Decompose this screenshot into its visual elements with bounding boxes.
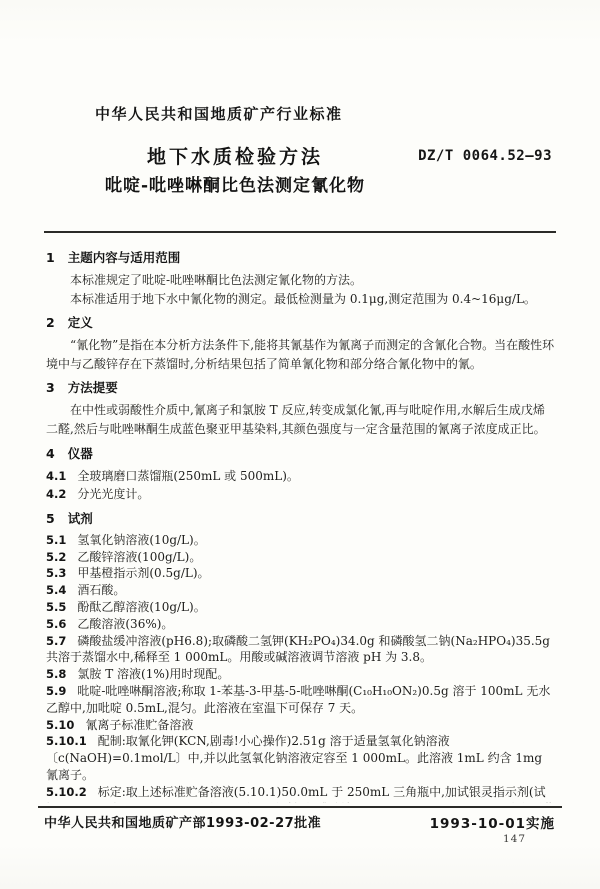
- clause-5-9-text: 吡啶-吡唑啉酮溶液;称取 1-苯基-3-甲基-5-吡唑啉酮(C₁₀H₁₀ON₂)…: [46, 684, 550, 715]
- clause-5-3-number: 5.3: [46, 566, 66, 580]
- section-5-number: 5: [46, 511, 55, 526]
- title-block: 地下水质检验方法 吡啶-吡唑啉酮比色法测定氰化物: [20, 147, 450, 196]
- document-title: 地下水质检验方法: [20, 147, 450, 168]
- section-1-heading: 1主题内容与适用范围: [46, 249, 556, 267]
- clause-4-1-text: 全玻璃磨口蒸馏瓶(250mL 或 500mL)。: [77, 469, 299, 483]
- clause-5-4-number: 5.4: [46, 583, 66, 597]
- clause-5-6-text: 乙酸溶液(36%)。: [77, 617, 173, 631]
- section-2-number: 2: [46, 315, 55, 330]
- section-5-heading: 5试剂: [46, 510, 556, 528]
- section-1-number: 1: [46, 250, 55, 265]
- clause-5-10-1: 5.10.1配制:取氰化钾(KCN,剧毒!小心操作)2.51g 溶于适量氢氧化钠…: [46, 733, 556, 783]
- clause-5-3-text: 甲基橙指示剂(0.5g/L)。: [77, 566, 209, 580]
- section-1-title: 主题内容与适用范围: [68, 250, 181, 265]
- clause-5-5-number: 5.5: [46, 600, 66, 614]
- clause-5-10-2-text: 标定:取上述标准贮备溶液(5.10.1)50.0mL 于 250mL 三角瓶中,…: [46, 785, 555, 803]
- section-4-number: 4: [46, 446, 55, 461]
- clause-5-1-text: 氢氧化钠溶液(10g/L)。: [77, 533, 205, 547]
- clause-5-2-text: 乙酸锌溶液(100g/L)。: [77, 550, 201, 564]
- header-divider: [44, 231, 556, 233]
- clause-5-3: 5.3甲基橙指示剂(0.5g/L)。: [46, 565, 556, 582]
- clause-5-9-number: 5.9: [46, 684, 66, 698]
- clause-5-7-number: 5.7: [46, 634, 66, 648]
- clause-4-1-number: 4.1: [46, 469, 66, 483]
- section-3-title: 方法提要: [68, 380, 118, 395]
- section-2-title: 定义: [68, 315, 93, 330]
- section-3-heading: 3方法提要: [46, 379, 556, 397]
- clause-5-10: 5.10氰离子标准贮备溶液: [46, 717, 556, 734]
- section-5-title: 试剂: [68, 511, 93, 526]
- standard-category-label: 中华人民共和国地质矿产行业标准: [95, 107, 343, 122]
- document-subtitle: 吡啶-吡唑啉酮比色法测定氰化物: [20, 177, 450, 196]
- clause-5-8: 5.8氯胺 T 溶液(1%)用时现配。: [46, 666, 556, 683]
- page-number: 147: [503, 833, 526, 845]
- clause-5-10-1-number: 5.10.1: [46, 734, 87, 748]
- clause-5-1: 5.1氢氧化钠溶液(10g/L)。: [46, 532, 556, 549]
- clause-5-5: 5.5酚酞乙醇溶液(10g/L)。: [46, 599, 556, 616]
- clause-5-1-number: 5.1: [46, 533, 66, 547]
- clause-5-5-text: 酚酞乙醇溶液(10g/L)。: [77, 600, 205, 614]
- clause-5-10-2-number: 5.10.2: [46, 785, 87, 799]
- section-3: 3方法提要 在中性或弱酸性介质中,氰离子和氯胺 T 反应,转变成氯化氰,再与吡啶…: [46, 379, 556, 438]
- clause-5-7: 5.7磷酸盐缓冲溶液(pH6.8);取磷酸二氢钾(KH₂PO₄)34.0g 和磷…: [46, 633, 556, 667]
- section-4: 4仪器 4.1全玻璃磨口蒸馏瓶(250mL 或 500mL)。 4.2分光光度计…: [46, 445, 556, 504]
- section-1: 1主题内容与适用范围 本标准规定了吡啶-吡唑啉酮比色法测定氰化物的方法。 本标准…: [46, 249, 556, 308]
- document-page: 中华人民共和国地质矿产行业标准 地下水质检验方法 吡啶-吡唑啉酮比色法测定氰化物…: [0, 0, 600, 889]
- clause-5-10-number: 5.10: [46, 718, 74, 732]
- clause-5-6: 5.6乙酸溶液(36%)。: [46, 616, 556, 633]
- clause-5-6-number: 5.6: [46, 617, 66, 631]
- section-5: 5试剂 5.1氢氧化钠溶液(10g/L)。 5.2乙酸锌溶液(100g/L)。 …: [46, 510, 556, 803]
- approval-statement: 中华人民共和国地质矿产部1993-02-27批准: [44, 812, 321, 831]
- clause-5-7-text: 磷酸盐缓冲溶液(pH6.8);取磷酸二氢钾(KH₂PO₄)34.0g 和磷酸氢二…: [46, 634, 550, 665]
- clause-5-10-2: 5.10.2标定:取上述标准贮备溶液(5.10.1)50.0mL 于 250mL…: [46, 784, 556, 803]
- clause-5-8-text: 氯胺 T 溶液(1%)用时现配。: [77, 667, 229, 681]
- clause-5-8-number: 5.8: [46, 667, 66, 681]
- clause-5-2-number: 5.2: [46, 550, 66, 564]
- clause-4-2-text: 分光光度计。: [77, 487, 149, 501]
- clause-5-2: 5.2乙酸锌溶液(100g/L)。: [46, 549, 556, 566]
- section-2: 2定义 “氰化物”是指在本分析方法条件下,能将其氰基作为氰离子而测定的含氰化合物…: [46, 314, 556, 373]
- section-1-paragraph-2: 本标准适用于地下水中氰化物的测定。最低检测量为 0.1μg,测定范围为 0.4~…: [46, 290, 556, 309]
- section-1-paragraph-1: 本标准规定了吡啶-吡唑啉酮比色法测定氰化物的方法。: [46, 271, 556, 290]
- clause-4-2-number: 4.2: [46, 487, 66, 501]
- clause-4-1: 4.1全玻璃磨口蒸馏瓶(250mL 或 500mL)。: [46, 467, 556, 486]
- clause-5-4-text: 酒石酸。: [77, 583, 125, 597]
- clause-5-10-1-text: 配制:取氰化钾(KCN,剧毒!小心操作)2.51g 溶于适量氢氧化钠溶液〔c(N…: [46, 734, 542, 782]
- implementation-date: 1993-10-01实施: [430, 812, 555, 832]
- section-4-heading: 4仪器: [46, 445, 556, 463]
- section-4-title: 仪器: [68, 446, 93, 461]
- clause-5-4: 5.4酒石酸。: [46, 582, 556, 599]
- section-3-paragraph-1: 在中性或弱酸性介质中,氰离子和氯胺 T 反应,转变成氯化氰,再与吡啶作用,水解后…: [46, 401, 556, 438]
- section-3-number: 3: [46, 380, 55, 395]
- document-body: 1主题内容与适用范围 本标准规定了吡啶-吡唑啉酮比色法测定氰化物的方法。 本标准…: [46, 243, 556, 803]
- section-2-heading: 2定义: [46, 314, 556, 332]
- footer-divider: [38, 806, 562, 808]
- clause-5-10-text: 氰离子标准贮备溶液: [85, 718, 193, 732]
- clause-5-9: 5.9吡啶-吡唑啉酮溶液;称取 1-苯基-3-甲基-5-吡唑啉酮(C₁₀H₁₀O…: [46, 683, 556, 717]
- standard-number: DZ/T 0064.52—93: [418, 148, 552, 164]
- section-2-paragraph-1: “氰化物”是指在本分析方法条件下,能将其氰基作为氰离子而测定的含氰化合物。当在酸…: [46, 336, 556, 373]
- clause-4-2: 4.2分光光度计。: [46, 485, 556, 504]
